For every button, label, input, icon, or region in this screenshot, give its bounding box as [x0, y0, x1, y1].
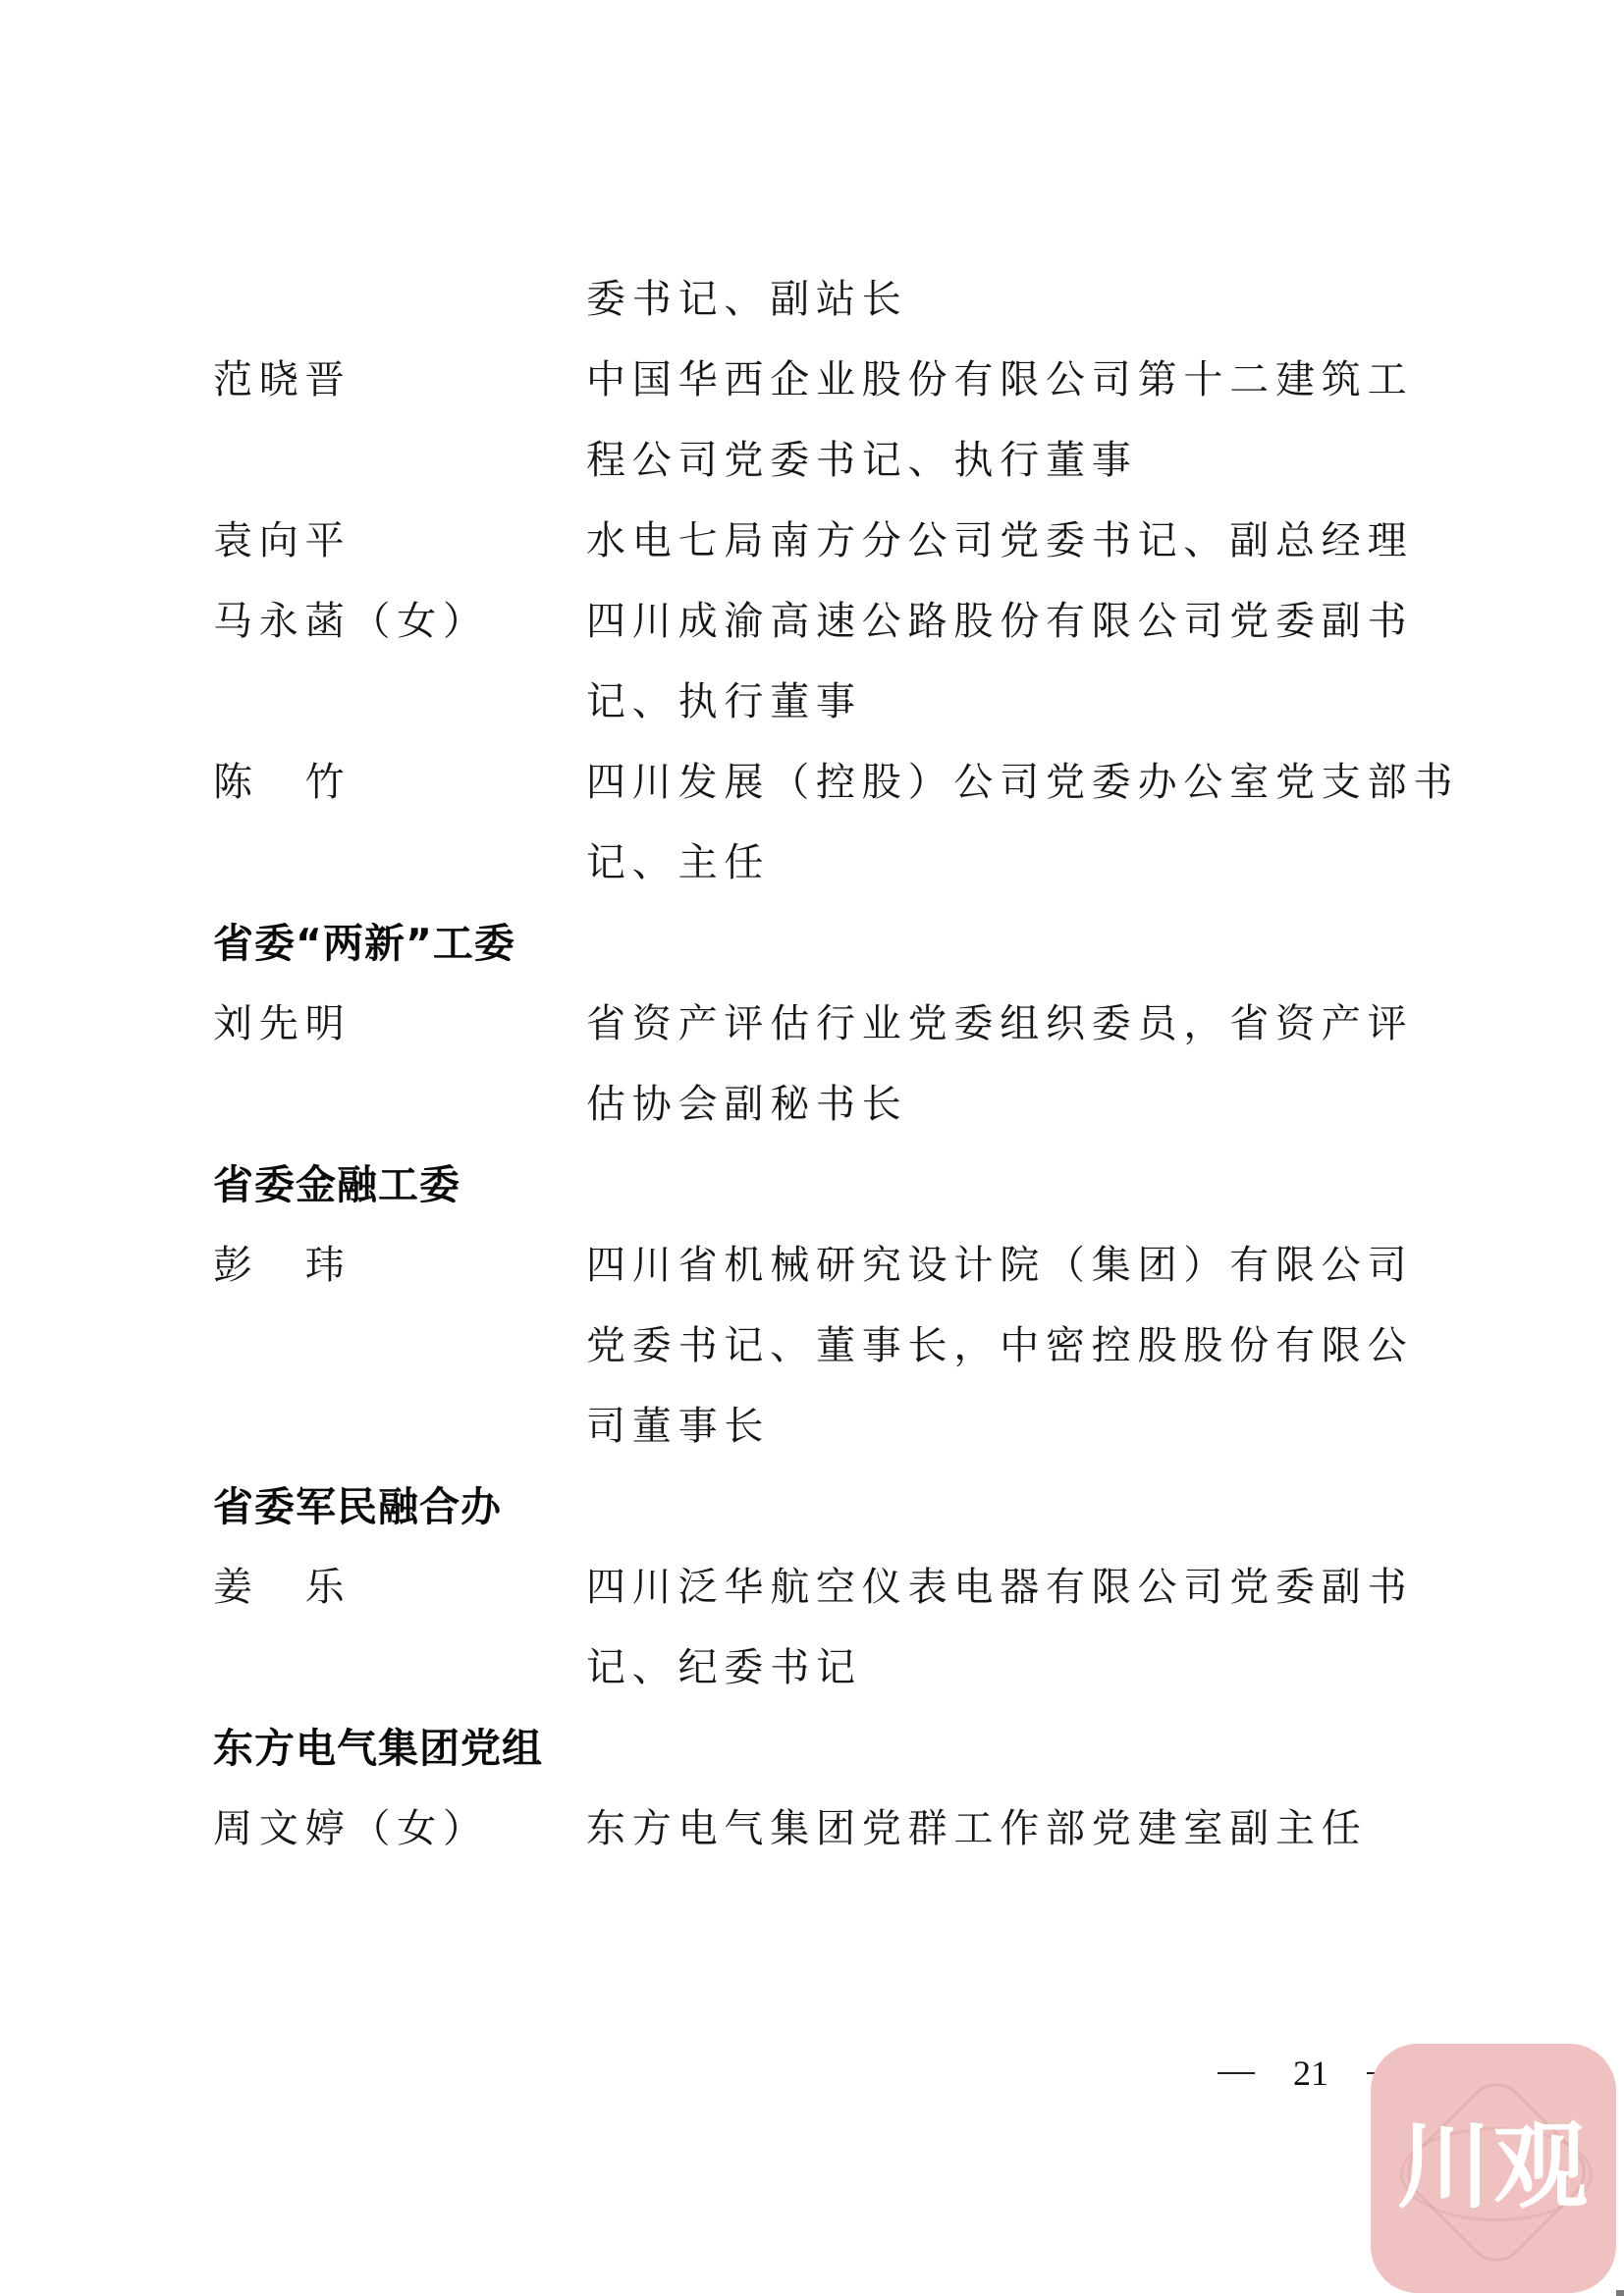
page-number-value: 21: [1293, 2052, 1328, 2095]
entry-position-line: 记、主任: [586, 823, 770, 903]
watermark-logo: 川观: [1371, 2044, 1616, 2293]
entry-name: 姜 乐: [213, 1547, 351, 1628]
entry-position-line: 司董事长: [586, 1386, 770, 1467]
entry-name: 陈 竹: [213, 742, 351, 823]
entry-position-line: 四川发展（控股）公司党委办公室党支部书: [586, 742, 1459, 823]
entry-position-line: 四川泛华航空仪表电器有限公司党委副书: [586, 1547, 1413, 1628]
section-heading: 省委军民融合办: [213, 1467, 502, 1547]
entry-position-line: 四川成渝高速公路股份有限公司党委副书: [586, 581, 1413, 662]
entry-position-line: 中国华西企业股份有限公司第十二建筑工: [586, 340, 1413, 420]
entry-position-line: 水电七局南方分公司党委书记、副总经理: [586, 501, 1413, 581]
corner-mark: [1616, 2290, 1624, 2296]
entry-position-line: 估协会副秘书长: [586, 1064, 908, 1145]
section-heading: 省委金融工委: [213, 1145, 460, 1225]
entry-name: 马永菡（女）: [213, 581, 489, 662]
entry-position-line: 记、纪委书记: [586, 1628, 862, 1708]
section-heading: 省委“两新”工委: [213, 903, 515, 984]
entry-name: 彭 玮: [213, 1225, 351, 1306]
document-page: 委书记、副站长 范晓晋 中国华西企业股份有限公司第十二建筑工 程公司党委书记、执…: [0, 0, 1624, 2296]
entry-position-line: 东方电气集团党群工作部党建室副主任: [586, 1789, 1368, 1869]
entry-name: 袁向平: [213, 501, 351, 581]
entry-name: 刘先明: [213, 984, 351, 1064]
entry-position-line: 四川省机械研究设计院（集团）有限公司: [586, 1225, 1413, 1306]
watermark-logo-text: 川观: [1371, 2112, 1616, 2220]
entry-name: 范晓晋: [213, 340, 351, 420]
entry-continuation-line: 委书记、副站长: [586, 259, 908, 340]
dash-left: [1218, 2072, 1255, 2074]
entry-position-line: 记、执行董事: [586, 662, 862, 742]
section-heading: 东方电气集团党组: [213, 1708, 543, 1789]
entry-position-line: 省资产评估行业党委组织委员，省资产评: [586, 984, 1413, 1064]
entry-position-line: 程公司党委书记、执行董事: [586, 420, 1138, 501]
entry-position-line: 党委书记、董事长，中密控股股份有限公: [586, 1306, 1413, 1386]
entry-name: 周文婷（女）: [213, 1789, 489, 1869]
